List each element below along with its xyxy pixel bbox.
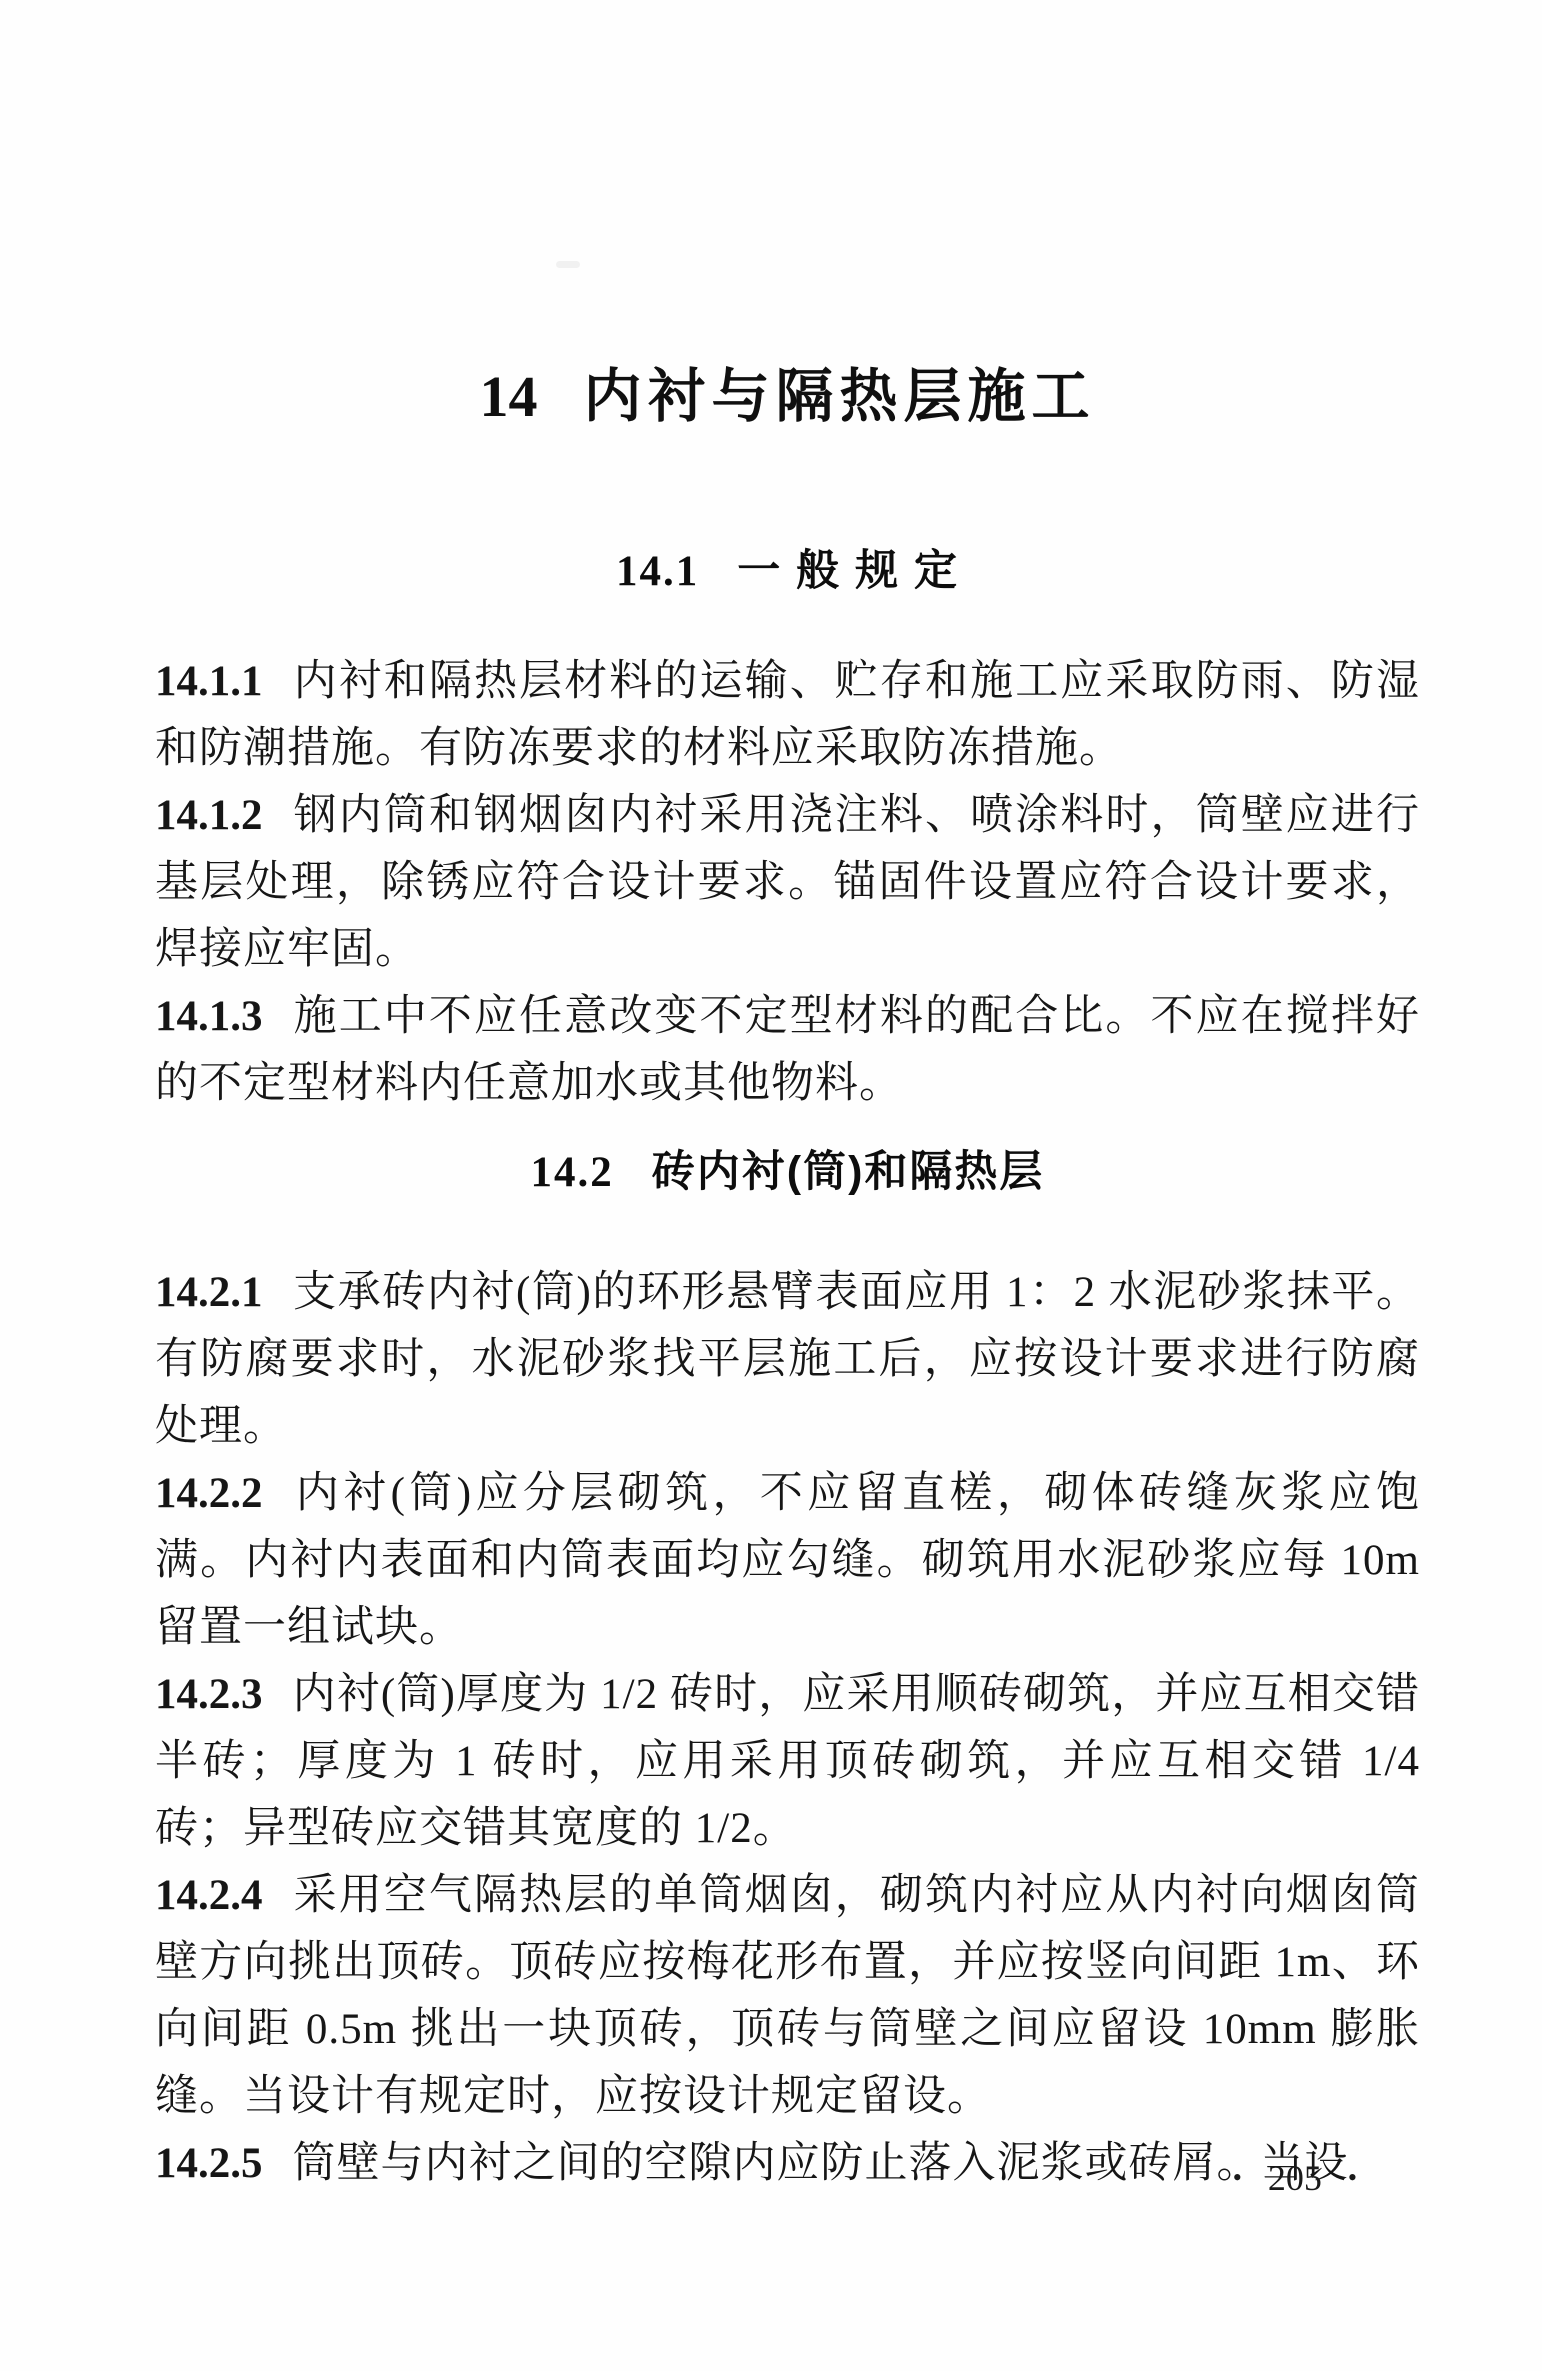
clause-text: 支承砖内衬(筒)的环形悬臂表面应用 1：2 水泥砂浆抹平。有防腐要求时，水泥砂浆… xyxy=(155,1269,1420,1450)
section-title-text: 一 般 规 定 xyxy=(737,547,959,595)
document-page: 14内衬与隔热层施工 14.1一 般 规 定 14.1.1内衬和隔热层材料的运输… xyxy=(0,0,1542,2371)
clause-number: 14.2.3 xyxy=(155,1671,263,1718)
clause-text: 内衬(筒)厚度为 1/2 砖时，应采用顺砖砌筑，并应互相交错半砖；厚度为 1 砖… xyxy=(155,1671,1420,1852)
chapter-title: 14内衬与隔热层施工 xyxy=(155,368,1420,426)
clause-number: 14.2.1 xyxy=(155,1269,263,1316)
clause-14-1-1: 14.1.1内衬和隔热层材料的运输、贮存和施工应采取防雨、防湿和防潮措施。有防冻… xyxy=(155,648,1420,782)
chapter-title-text: 内衬与隔热层施工 xyxy=(583,364,1095,429)
section-title-text: 砖内衬(筒)和隔热层 xyxy=(652,1148,1045,1196)
clause-14-2-1: 14.2.1支承砖内衬(筒)的环形悬臂表面应用 1：2 水泥砂浆抹平。有防腐要求… xyxy=(155,1259,1420,1460)
clause-number: 14.2.2 xyxy=(155,1470,263,1517)
clause-14-1-3: 14.1.3施工中不应任意改变不定型材料的配合比。不应在搅拌好的不定型材料内任意… xyxy=(155,983,1420,1117)
section-number: 14.1 xyxy=(616,548,699,595)
clause-text: 钢内筒和钢烟囱内衬采用浇注料、喷涂料时，筒壁应进行基层处理，除锈应符合设计要求。… xyxy=(155,792,1420,973)
clause-text: 筒壁与内衬之间的空隙内应防止落入泥浆或砖屑。当设 xyxy=(293,2140,1349,2187)
clause-text: 内衬和隔热层材料的运输、贮存和施工应采取防雨、防湿和防潮措施。有防冻要求的材料应… xyxy=(155,658,1420,772)
clause-text: 采用空气隔热层的单筒烟囱，砌筑内衬应从内衬向烟囱筒壁方向挑出顶砖。顶砖应按梅花形… xyxy=(155,1872,1420,2120)
clause-14-2-2: 14.2.2内衬(筒)应分层砌筑，不应留直槎，砌体砖缝灰浆应饱满。内衬内表面和内… xyxy=(155,1460,1420,1661)
clause-number: 14.2.4 xyxy=(155,1872,263,1919)
clause-number: 14.1.2 xyxy=(155,792,263,839)
clause-number: 14.2.5 xyxy=(155,2140,263,2187)
clause-14-1-2: 14.1.2钢内筒和钢烟囱内衬采用浇注料、喷涂料时，筒壁应进行基层处理，除锈应符… xyxy=(155,782,1420,983)
scan-artifact xyxy=(556,261,580,268)
clause-14-2-5: 14.2.5筒壁与内衬之间的空隙内应防止落入泥浆或砖屑。当设 xyxy=(155,2130,1420,2197)
section-heading-14-2: 14.2砖内衬(筒)和隔热层 xyxy=(155,1151,1420,1194)
clause-number: 14.1.3 xyxy=(155,993,263,1040)
clause-14-2-4: 14.2.4采用空气隔热层的单筒烟囱，砌筑内衬应从内衬向烟囱筒壁方向挑出顶砖。顶… xyxy=(155,1862,1420,2130)
page-number-left-dot: • xyxy=(1233,2165,1242,2191)
clause-14-2-3: 14.2.3内衬(筒)厚度为 1/2 砖时，应采用顺砖砌筑，并应互相交错半砖；厚… xyxy=(155,1661,1420,1862)
page-content: 14内衬与隔热层施工 14.1一 般 规 定 14.1.1内衬和隔热层材料的运输… xyxy=(0,0,1542,2197)
chapter-number: 14 xyxy=(479,364,537,429)
clause-text: 施工中不应任意改变不定型材料的配合比。不应在搅拌好的不定型材料内任意加水或其他物… xyxy=(155,993,1420,1107)
section-heading-14-1: 14.1一 般 规 定 xyxy=(155,550,1420,593)
page-number-right-dot: • xyxy=(1348,2165,1357,2191)
clause-text: 内衬(筒)应分层砌筑，不应留直槎，砌体砖缝灰浆应饱满。内衬内表面和内筒表面均应勾… xyxy=(155,1470,1420,1651)
section-number: 14.2 xyxy=(531,1149,614,1196)
page-number-value: 205 xyxy=(1268,2160,1322,2196)
clause-number: 14.1.1 xyxy=(155,658,263,705)
page-number: • 205 • xyxy=(1233,2160,1357,2196)
